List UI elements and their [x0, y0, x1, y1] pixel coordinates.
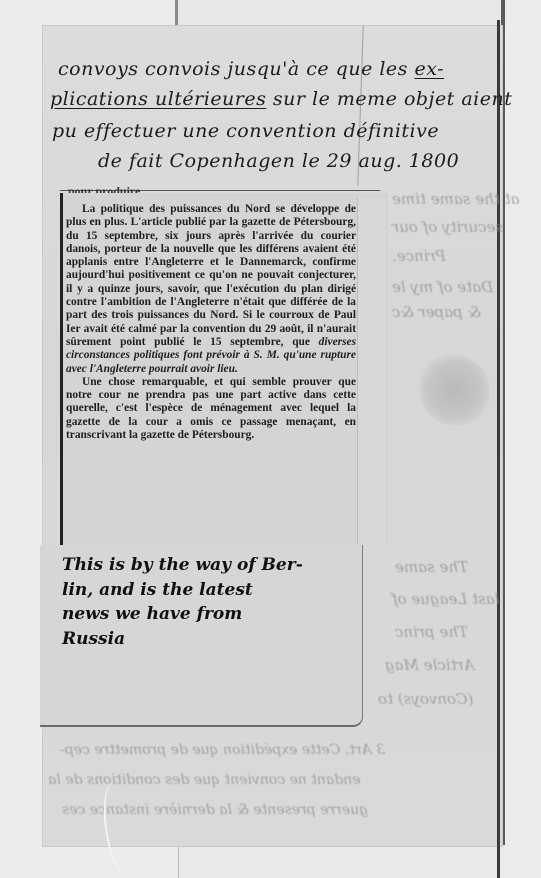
bleed-through-line: Article Mag: [385, 656, 475, 674]
bleed-through-line: Date of my le: [392, 278, 493, 296]
page-right-edge: [497, 20, 500, 878]
handwritten-line-1: convoys convois jusqu'à ce que les ex-: [58, 58, 444, 80]
handwritten-line-2: plications ultérieures sur le meme objet…: [50, 88, 512, 110]
bleed-through-line: security of our: [392, 218, 503, 236]
clipping-margin: [357, 198, 386, 548]
clipping-text-run: La politique des puissances du Nord se d…: [66, 203, 356, 348]
handwritten-text: convoys convois jusqu'à ce que les: [58, 58, 414, 80]
note-line: lin, and is the latest: [62, 580, 253, 600]
note-line: This is by the way of Ber-: [62, 555, 303, 575]
bleed-through-line: (Convoys) to: [378, 690, 473, 708]
handwritten-line-3: pu effectuer une convention définitive: [52, 120, 439, 142]
note-line: Russia: [62, 629, 125, 649]
bleed-through-line: last League of: [392, 590, 500, 608]
bleed-through-line: endant ne convient que des conditions de…: [48, 772, 361, 788]
bleed-through-line: & paper &c: [392, 303, 481, 321]
handwritten-note: This is by the way of Ber- lin, and is t…: [62, 553, 303, 651]
ink-stain: [420, 355, 490, 425]
clipping-paragraph-2: Une chose remarquable, et qui semble pro…: [66, 376, 356, 442]
handwritten-text: sur le meme objet aient: [266, 88, 512, 110]
underlined-word: ex-: [414, 58, 444, 80]
backing-sheet-bottom: [178, 845, 505, 878]
clipping-paragraph-1: La politique des puissances du Nord se d…: [66, 203, 356, 376]
bleed-through-line: at the same time: [392, 190, 520, 208]
bleed-through-line: Prince.: [392, 247, 446, 265]
backing-sheet-top: [175, 0, 508, 26]
underlined-phrase: plications ultérieures: [50, 88, 266, 110]
note-line: news we have from: [62, 604, 242, 624]
clipping-text: La politique des puissances du Nord se d…: [66, 203, 356, 442]
bleed-through-line: The same: [395, 558, 468, 576]
bleed-through-line: The princ: [395, 623, 468, 641]
handwritten-dateline: de fait Copenhagen le 29 aug. 1800: [98, 150, 459, 172]
bleed-through-line: 3 Art. Cette expédition que de promettre…: [60, 742, 385, 758]
